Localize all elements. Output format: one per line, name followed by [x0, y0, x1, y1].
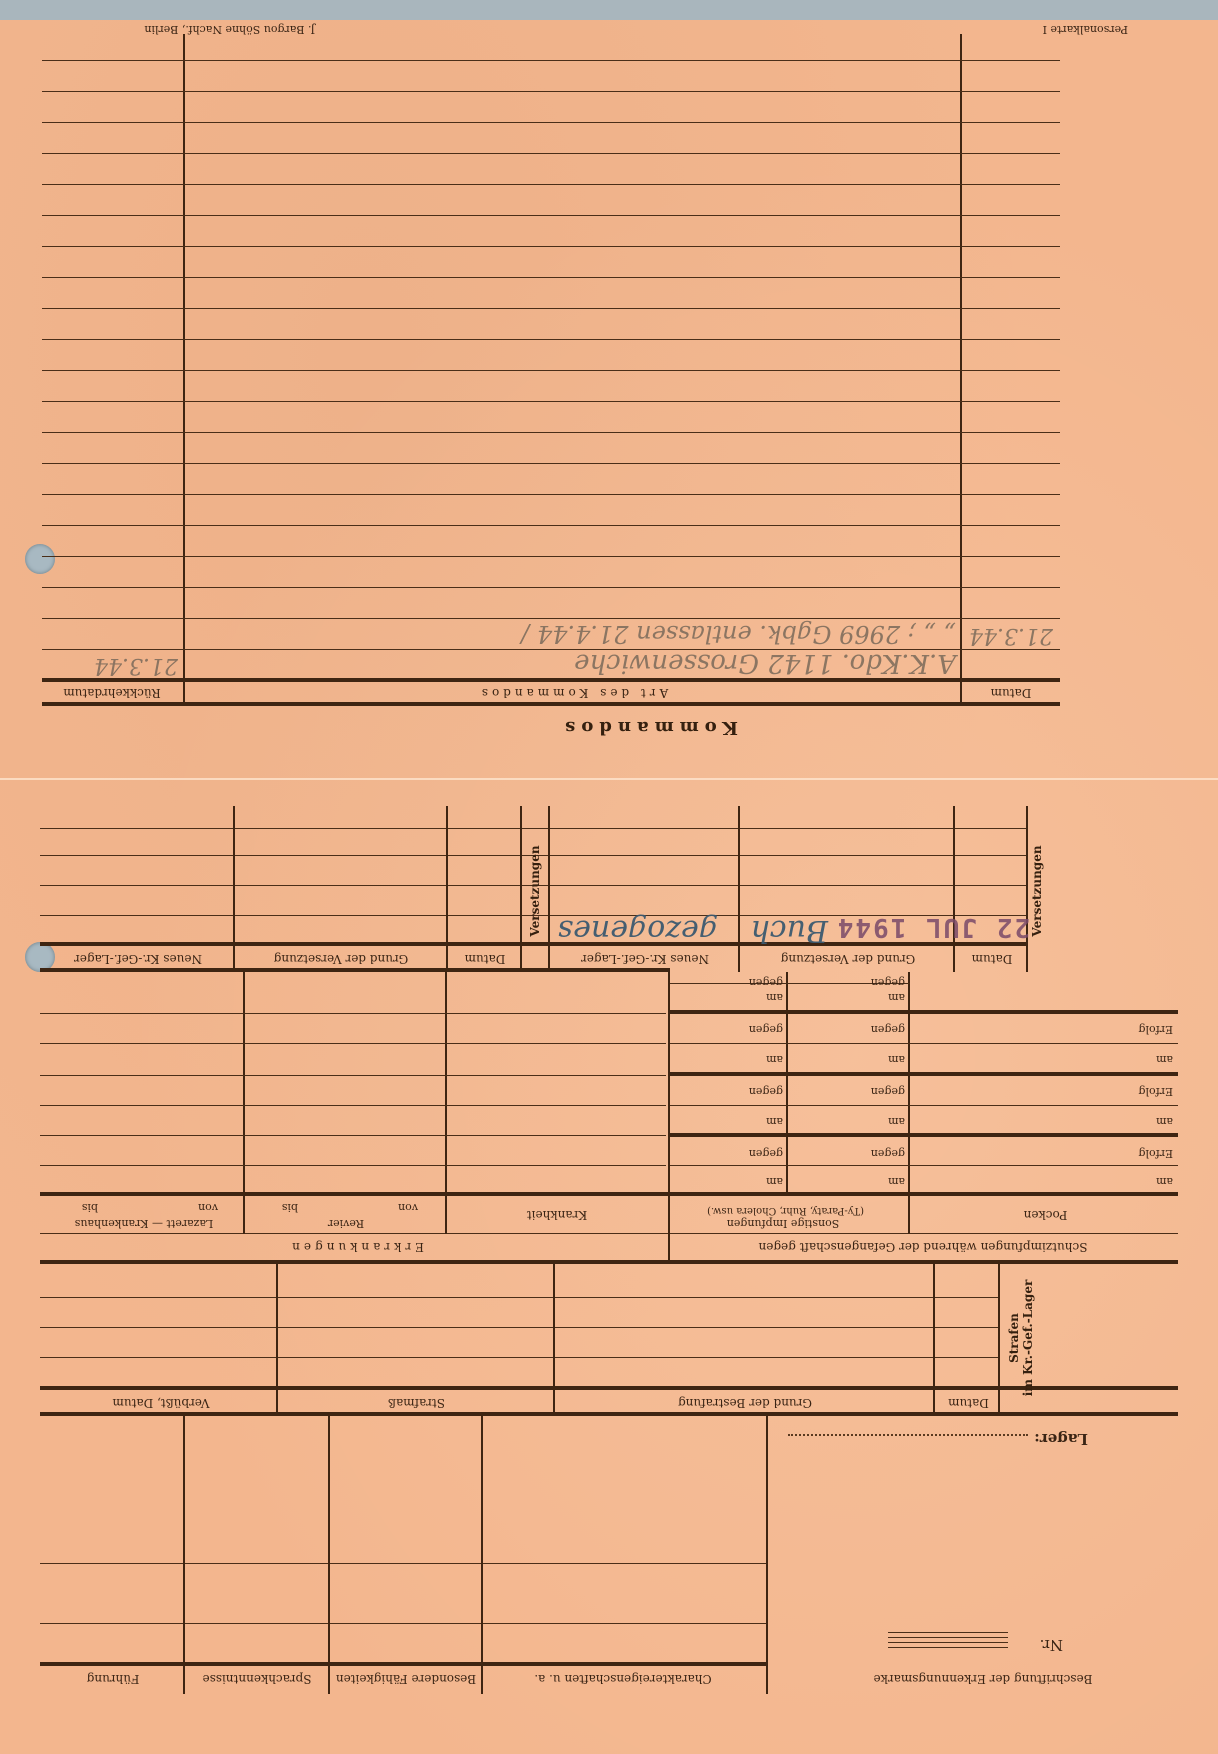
divider — [786, 972, 788, 1194]
row-erfolg: Erfolg — [1138, 1023, 1173, 1036]
col-reason: Grund der Bestrafung — [557, 1396, 933, 1410]
rule — [40, 1233, 1178, 1234]
kommando-entry-1-type: A.K.Kdo. 1142 Grossenwiche — [574, 648, 956, 678]
kommando-entry-2-type: „ „ ; 2969 Ggbk. entlassen 21.4.44 / — [521, 620, 956, 648]
rule — [40, 1297, 1000, 1298]
divider — [446, 806, 448, 972]
row-am: am — [766, 1175, 783, 1188]
divider — [548, 806, 550, 972]
rule — [42, 463, 1060, 464]
divider — [933, 1262, 935, 1414]
rule — [42, 494, 1060, 495]
rule — [40, 1043, 666, 1044]
divider — [445, 972, 447, 1234]
divider — [328, 1414, 330, 1694]
row-gegen: gegen — [871, 1085, 905, 1098]
row-am: am — [1156, 1175, 1173, 1188]
vaccinations-title: Schutzimpfungen während der Gefangenscha… — [678, 1240, 1168, 1254]
divider — [183, 1414, 185, 1694]
number-line — [888, 1632, 1008, 1633]
rule — [42, 587, 1060, 588]
divider — [738, 806, 740, 972]
divider — [1026, 806, 1028, 972]
rule — [42, 370, 1060, 371]
col-served: Verbüßt, Datum — [46, 1396, 276, 1410]
row-am: am — [766, 1053, 783, 1066]
rule — [42, 432, 1060, 433]
rule — [40, 1135, 666, 1136]
col-other-vacc-line1: Sonstige Impfungen — [678, 1217, 888, 1230]
row-am: am — [888, 1115, 905, 1128]
col-hospital: Lazarett — Krankenhaus — [46, 1217, 242, 1230]
rule — [40, 1075, 666, 1076]
form-id: Personalkarte I — [1043, 23, 1128, 36]
transfers-side-label-2: Versetzungen — [528, 816, 544, 966]
rule — [40, 1105, 666, 1106]
col-date: Datum — [937, 1396, 1000, 1410]
divider — [481, 1414, 483, 1694]
col-return-date: Rückkehrdatum — [42, 686, 182, 700]
row-gegen: gegen — [749, 976, 783, 989]
rule — [40, 1165, 666, 1166]
col-kommando-type: Art des Kommandos — [188, 686, 958, 700]
printer-imprint: J. Bargou Söhne Nachf., Berlin — [144, 23, 315, 36]
col-illness: Krankheit — [448, 1208, 666, 1222]
rule — [42, 153, 1060, 154]
rule — [42, 184, 1060, 185]
row-gegen: gegen — [749, 1023, 783, 1036]
row-erfolg: Erfolg — [1138, 1085, 1173, 1098]
col-date-2: Datum — [450, 952, 520, 966]
rule — [42, 60, 1060, 61]
row-gegen: gegen — [871, 1147, 905, 1160]
number-line — [888, 1642, 1008, 1643]
illnesses-title: Erkrankungen — [46, 1240, 666, 1254]
col-new-camp: Neues Kr.-Gef.-Lager — [552, 952, 738, 966]
rule — [42, 215, 1060, 216]
number-line — [888, 1647, 1008, 1648]
rule — [670, 1133, 1178, 1137]
kommando-entry-1-return: 21.3.44 — [94, 653, 178, 678]
side-label-line2: im Kr.-Gef.-Lager — [1021, 1263, 1035, 1413]
col-infirmary: Revier — [248, 1217, 444, 1230]
col-reason-2: Grund der Versetzung — [236, 952, 446, 966]
punishments-side-label: Strafen im Kr.-Gef.-Lager — [1007, 1263, 1039, 1413]
kommando-entry-2-date: 21.3.44 — [969, 623, 1053, 648]
rule — [42, 678, 1060, 682]
row-erfolg: Erfolg — [1138, 1147, 1173, 1160]
col-new-camp-2: Neues Kr.-Gef.-Lager — [43, 952, 233, 966]
rule — [670, 1165, 1178, 1166]
rule — [42, 246, 1060, 247]
divider — [243, 972, 245, 1234]
transfers-side-label: Versetzungen — [1030, 816, 1046, 966]
col-character: Charaktereigenschaften u. a. — [483, 1672, 763, 1686]
rule — [42, 339, 1060, 340]
rule — [40, 1623, 768, 1624]
row-gegen: gegen — [871, 976, 905, 989]
rule — [670, 1043, 1178, 1044]
number-label: Nr. — [1040, 1636, 1063, 1654]
rule — [670, 1010, 1178, 1014]
camp-dotted-line — [788, 1434, 1028, 1436]
rule — [40, 1662, 768, 1666]
rule — [40, 1013, 666, 1014]
rule — [42, 122, 1060, 123]
rule — [42, 702, 1060, 706]
col-skills: Besondere Fähigkeiten — [331, 1672, 481, 1686]
transfer-new-camp: gezogenes — [558, 913, 718, 948]
row-gegen: gegen — [871, 1023, 905, 1036]
rule — [40, 1327, 1000, 1328]
row-am: am — [888, 1175, 905, 1188]
infirmary-to: bis — [282, 1201, 298, 1214]
punch-hole-upper — [25, 544, 55, 574]
divider — [953, 806, 955, 972]
number-line — [888, 1637, 1008, 1638]
rule — [42, 618, 1060, 619]
torn-edge — [0, 0, 1218, 20]
divider — [998, 1262, 1000, 1414]
col-penalty: Strafmaß — [280, 1396, 553, 1410]
col-languages: Sprachkenntnisse — [186, 1672, 328, 1686]
rule — [40, 1357, 1000, 1358]
hospital-from: von — [198, 1201, 218, 1214]
rule — [670, 1105, 1178, 1106]
rule — [40, 1563, 768, 1564]
infirmary-from: von — [398, 1201, 418, 1214]
divider — [233, 806, 235, 972]
kommandos-title: Kommandos — [559, 717, 738, 738]
rule — [42, 308, 1060, 309]
camp-label: Lager: — [1034, 1430, 1088, 1448]
col-reason: Grund der Versetzung — [742, 952, 954, 966]
divider — [276, 1262, 278, 1414]
transfer-date-stamp: 22 JUL 1944 — [836, 912, 1030, 942]
rule — [670, 1072, 1178, 1076]
col-date: Datum — [956, 952, 1028, 966]
row-am: am — [766, 1115, 783, 1128]
row-am: am — [888, 991, 905, 1004]
document-sheet: Beschriftung der Erkennungsmarke Charakt… — [0, 0, 1218, 1754]
transfer-reason: Buch — [751, 913, 829, 948]
row-am: am — [888, 1053, 905, 1066]
rule — [42, 91, 1060, 92]
col-conduct: Führung — [43, 1672, 183, 1686]
side-label-line1: Strafen — [1007, 1263, 1021, 1413]
rule — [42, 277, 1060, 278]
col-pocken: Pocken — [913, 1208, 1178, 1222]
hospital-to: bis — [82, 1201, 98, 1214]
rule — [42, 556, 1060, 557]
divider — [766, 1414, 768, 1694]
rule — [40, 968, 670, 972]
col-other-vacc-line2: (Ty-Paraty, Ruhr, Cholera usw.) — [673, 1205, 898, 1216]
row-am: am — [766, 991, 783, 1004]
divider — [520, 806, 522, 972]
row-gegen: gegen — [749, 1147, 783, 1160]
rule — [42, 525, 1060, 526]
row-am: am — [1156, 1053, 1173, 1066]
row-gegen: gegen — [749, 1085, 783, 1098]
divider — [553, 1262, 555, 1414]
row-am: am — [1156, 1115, 1173, 1128]
col-date: Datum — [964, 686, 1058, 700]
stamp-caption: Beschriftung der Erkennungsmarke — [778, 1672, 1188, 1686]
rule — [40, 1192, 1178, 1196]
fold-line — [0, 778, 1218, 780]
rule — [42, 401, 1060, 402]
